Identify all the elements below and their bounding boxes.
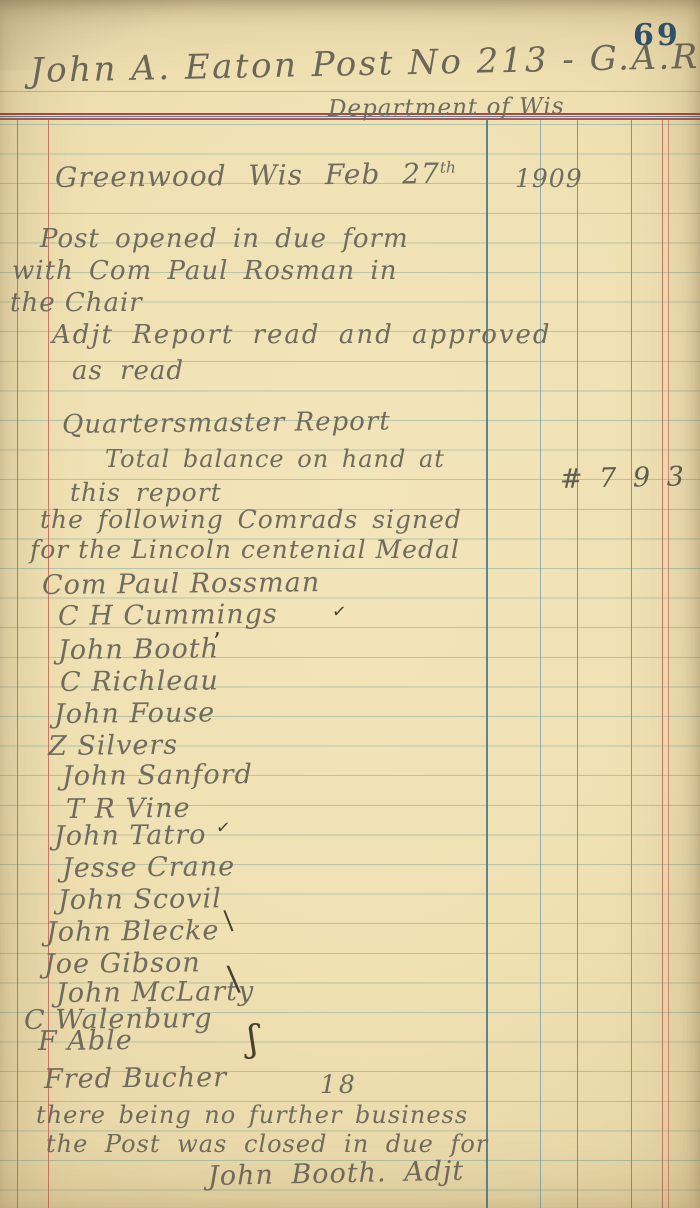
dateline: Greenwood Wis Feb 27th <box>55 160 456 192</box>
roster-name: Jesse Crane <box>62 853 235 882</box>
roster-count: 18 <box>320 1072 358 1097</box>
dateline-ordinal: th <box>440 158 456 176</box>
quartermaster-balance-2: this report <box>70 480 222 505</box>
roster-intro-2: for the Lincoln centenial Medal <box>30 537 460 562</box>
roster-name: John Booth <box>58 635 219 664</box>
journal-rule-blue-2 <box>540 120 541 1208</box>
roster-name: John Fouse <box>54 699 215 728</box>
roster-name: Com Paul Rossman <box>42 569 320 599</box>
money-rule-red-2 <box>631 120 632 1208</box>
roster-name: C H Cummings <box>58 601 278 630</box>
minutes-adjutant-2: as read <box>72 358 184 384</box>
tally-mark: ✓ <box>331 603 347 621</box>
roster-name: John Blecke <box>46 917 220 946</box>
money-rule-red-3a <box>662 120 663 1208</box>
money-rule-red-3b <box>668 120 669 1208</box>
quartermaster-heading: Quartersmaster Report <box>62 409 391 438</box>
roster-name: Z Silvers <box>48 732 178 760</box>
roster-name: C Richleau <box>60 667 219 696</box>
tally-mark: \ <box>223 908 234 935</box>
roster-name: John Scovil <box>58 885 222 914</box>
header-baseline-rule <box>0 91 700 92</box>
tally-mark: ’ <box>213 630 221 654</box>
roster-name: F Able <box>38 1027 133 1055</box>
roster-name: John Tatro <box>54 821 207 850</box>
dateline-place-date: Greenwood Wis Feb 27 <box>55 157 440 194</box>
signature: John Booth. Adjt <box>208 1158 465 1190</box>
minutes-opening-1: Post opened in due form <box>40 226 409 252</box>
dateline-year: 1909 <box>515 166 583 191</box>
roster-name: John Sanford <box>62 761 253 790</box>
quartermaster-amount: # 7 9 3 <box>560 463 688 493</box>
tally-mark: ✓ <box>215 819 231 837</box>
roster-name: Fred Bucher <box>44 1064 227 1093</box>
post-title: John A. Eaton Post No 213 - G.A.R <box>30 40 700 88</box>
tally-mark: ʃ <box>248 1022 258 1058</box>
roster-intro-1: the following Comrads signed <box>40 507 462 532</box>
ledger-page: 69 John A. Eaton Post No 213 - G.A.R Dep… <box>0 0 700 1208</box>
closing-line-2: the Post was closed in due for <box>46 1132 488 1156</box>
minutes-opening-2: with Com Paul Rosman in <box>12 258 397 284</box>
closing-line-1: there being no further business <box>36 1103 468 1127</box>
quartermaster-balance-1: Total balance on hand at <box>105 447 445 471</box>
roster-name: T R Vine <box>66 795 191 823</box>
journal-rule-blue-1 <box>486 120 488 1208</box>
minutes-adjutant-1: Adjt Report read and approved <box>52 322 552 348</box>
minutes-opening-3: the Chair <box>10 290 143 316</box>
roster-name: Joe Gibson <box>44 949 201 978</box>
money-rule-red-1 <box>577 120 578 1208</box>
department-line: Department of Wis <box>328 96 565 121</box>
